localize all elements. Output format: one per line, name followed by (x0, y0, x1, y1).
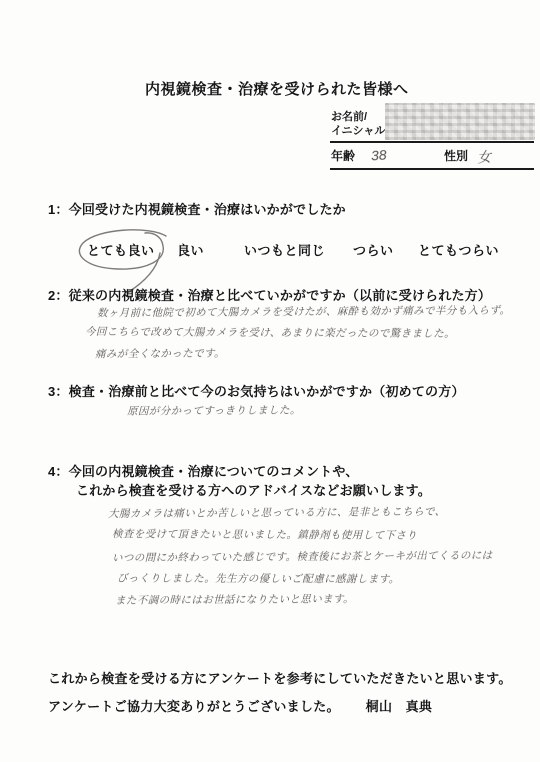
question-2-number: 2： (48, 288, 69, 303)
q1-option-very-hard: とてもつらい (418, 240, 499, 259)
question-4-text-line1: 今回の内視鏡検査・治療についてのコメントや、 (69, 464, 359, 479)
question-3-number: 3： (48, 384, 69, 399)
question-4-number: 4： (48, 464, 69, 479)
initial-label: イニシャル (331, 125, 385, 138)
q1-option-same-as-usual: いつもと同じ (244, 240, 325, 259)
q4-answer-line-2: 検査を受けて頂きたいと思いました。鎮静剤も使用して下さり (112, 526, 417, 543)
info-underline (330, 168, 534, 170)
question-4-text-line2: これから検査を受ける方へのアドバイスなどお願いします。 (76, 480, 431, 499)
q4-answer-line-1: 大腸カメラは痛いとか苦しいと思っている方に、是非ともこちらで、 (108, 504, 446, 521)
question-1: 1：今回受けた内視鏡検査・治療はいかがでしたか (48, 199, 346, 218)
question-1-number: 1： (48, 202, 69, 217)
doctor-signature: 桐山 真典 (366, 699, 433, 714)
page-title: 内視鏡検査・治療を受けられた皆様へ (145, 78, 409, 99)
q2-answer-line-2: 今回こちらで改めて大腸カメラを受け、あまりに楽だったので驚きました。 (85, 324, 455, 341)
q4-answer-line-5: また不調の時にはお世話になりたいと思います。 (115, 591, 354, 608)
gender-value-handwritten: 女 (476, 147, 491, 168)
q1-option-hard: つらい (353, 240, 394, 259)
question-2: 2：従来の内視鏡検査・治療と比べていかがですか（以前に受けられた方） (48, 285, 491, 304)
scanned-survey-page: 内視鏡検査・治療を受けられた皆様へ お名前/ イニシャル 年齢 38 性別 女 … (0, 0, 540, 762)
name-underline (330, 141, 534, 143)
question-3: 3：検査・治療前と比べて今のお気持ちはいかがですか（初めての方） (48, 381, 465, 400)
q4-answer-line-3: いつの間にか終わっていた感じです。検査後にお茶とケーキが出てくるのには (112, 548, 493, 566)
q2-answer-line-3: 痛みが全くなかったです。 (95, 346, 225, 362)
question-4: 4：今回の内視鏡検査・治療についてのコメントや、 (48, 461, 359, 480)
question-3-text: 検査・治療前と比べて今のお気持ちはいかがですか（初めての方） (69, 384, 465, 399)
name-label: お名前/ (331, 111, 367, 124)
question-2-text: 従来の内視鏡検査・治療と比べていかがですか（以前に受けられた方） (69, 288, 491, 303)
redacted-name-blur (385, 103, 535, 140)
q1-option-good: 良い (177, 240, 204, 259)
age-label: 年齢 (331, 150, 355, 163)
gender-label: 性別 (444, 150, 468, 163)
age-value-handwritten: 38 (370, 146, 387, 163)
thanks-text: アンケートご協力大変ありがとうございました。 (48, 699, 340, 714)
q3-answer-line-1: 原因が分かってすっきりしました。 (127, 402, 301, 418)
q2-answer-line-1: 数ヶ月前に他院で初めて大腸カメラを受けたが、麻酔も効かず痛みで半分も入らず。 (97, 303, 510, 321)
q4-answer-line-4: びっくりしました。先生方の優しいご配慮に感謝します。 (117, 571, 400, 587)
thanks-note: アンケートご協力大変ありがとうございました。 桐山 真典 (48, 696, 432, 715)
footer-note: これから検査を受ける方にアンケートを参考にしていただきたいと思います。 (48, 668, 512, 687)
question-1-text: 今回受けた内視鏡検査・治療はいかがでしたか (69, 202, 346, 217)
